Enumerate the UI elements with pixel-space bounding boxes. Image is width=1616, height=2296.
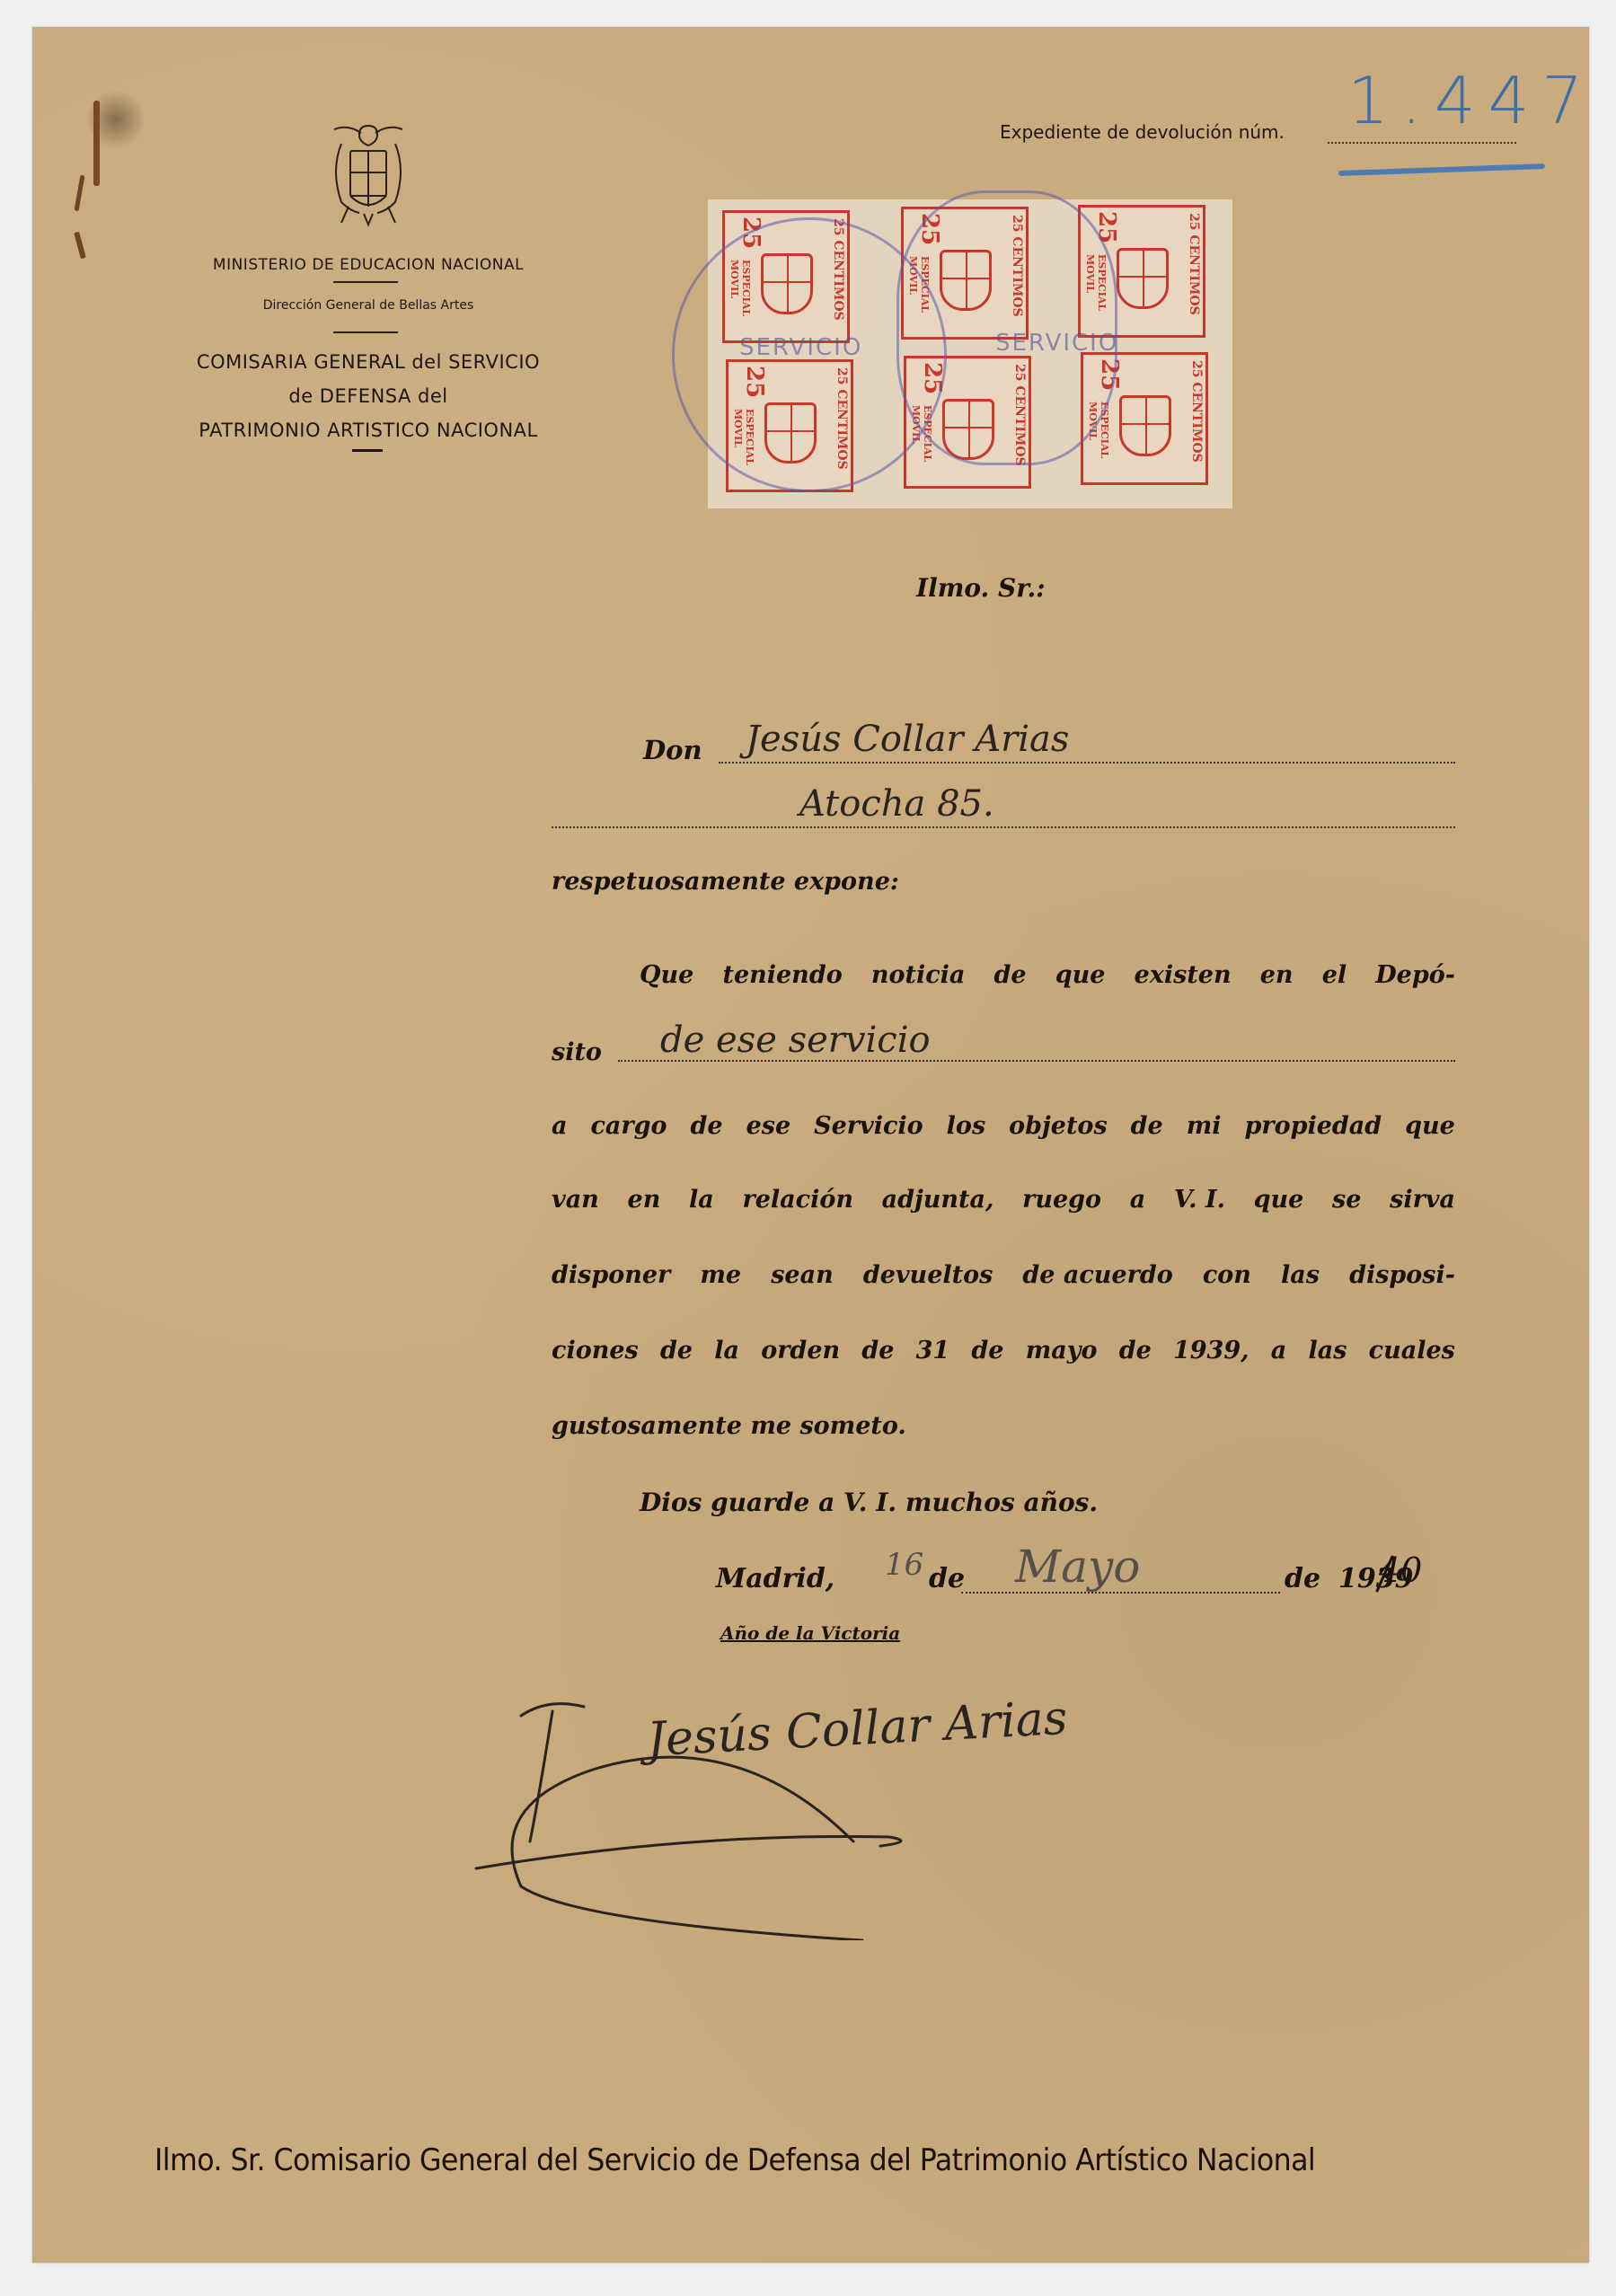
word: disposi- — [1349, 1261, 1455, 1289]
word: ruego — [1022, 1186, 1101, 1214]
paragraph-line: ciones de la orden de 31 de mayo de 1939… — [552, 1337, 1455, 1364]
expediente-field-line — [1328, 142, 1516, 144]
word: Que — [640, 961, 693, 989]
word: con — [1203, 1261, 1251, 1289]
word: 31 — [916, 1337, 950, 1364]
intro-text: respetuosamente expone: — [552, 868, 899, 896]
word: de acuerdo — [1022, 1261, 1172, 1289]
expediente-label: Expediente de devolución núm. — [1000, 121, 1285, 143]
word: devueltos — [863, 1261, 993, 1289]
word: cuales — [1369, 1337, 1455, 1364]
word: el — [1322, 961, 1347, 989]
paragraph-line: a cargo de ese Servicio los objetos de m… — [552, 1112, 1455, 1140]
word: ciones — [552, 1337, 639, 1364]
word: teniendo — [722, 961, 842, 989]
paragraph-line: gustosamente me someto. — [552, 1412, 906, 1440]
word: de — [1131, 1112, 1163, 1140]
word: sirva — [1390, 1186, 1455, 1214]
closing-formula: Dios guarde a V. I. muchos años. — [640, 1488, 1098, 1517]
coat-of-arms-icon — [323, 117, 413, 229]
word: a — [1130, 1186, 1146, 1214]
word: que — [1055, 961, 1106, 989]
comisaria-title: COMISARIA GENERAL del SERVICIO de DEFENS… — [162, 345, 575, 447]
word: que — [1405, 1112, 1455, 1140]
word: V. I. — [1174, 1186, 1225, 1214]
cancellation-text: SERVICIO — [739, 334, 862, 361]
date-de-label: de — [929, 1563, 965, 1594]
word: noticia — [871, 961, 966, 989]
word: 1939, — [1173, 1337, 1250, 1364]
word: propiedad — [1245, 1112, 1382, 1140]
word: existen — [1135, 961, 1232, 989]
date-day-handwritten: 16 — [885, 1547, 923, 1583]
word: de — [994, 961, 1027, 989]
word: de — [691, 1112, 723, 1140]
revenue-stamps-block: 25 25 CENTIMOS ESPECIAL MOVIL 25 25 CENT… — [708, 199, 1232, 508]
word: se — [1332, 1186, 1361, 1214]
divider — [352, 449, 383, 452]
comisaria-line: de DEFENSA del — [162, 379, 575, 413]
divider — [333, 281, 398, 283]
word: mi — [1187, 1112, 1222, 1140]
word: las — [1281, 1261, 1320, 1289]
word: orden — [761, 1337, 840, 1364]
word: de — [861, 1337, 894, 1364]
footer-addressee: Ilmo. Sr. Comisario General del Servicio… — [155, 2142, 1315, 2178]
cancellation-text: SERVICIO — [995, 330, 1118, 357]
shield-icon — [1119, 395, 1171, 456]
word: de — [660, 1337, 693, 1364]
salutation: Ilmo. Sr.: — [916, 573, 1046, 603]
word: relación — [742, 1186, 853, 1214]
word: de — [971, 1337, 1003, 1364]
word: en — [1260, 961, 1294, 989]
shield-icon — [1117, 248, 1169, 309]
word: en — [628, 1186, 661, 1214]
address-field-line — [552, 826, 1455, 828]
word: sean — [771, 1261, 834, 1289]
word: mayo — [1026, 1337, 1098, 1364]
word: las — [1308, 1337, 1347, 1364]
divider — [333, 331, 398, 333]
date-city: Madrid, — [716, 1563, 834, 1594]
word: la — [714, 1337, 739, 1364]
date-month-handwritten: Mayo — [1015, 1541, 1140, 1593]
word: a — [552, 1112, 568, 1140]
word: la — [689, 1186, 714, 1214]
staple-rust-mark — [93, 101, 100, 186]
paragraph-line: van en la relación adjunta, ruego a V. I… — [552, 1186, 1455, 1214]
comisaria-line: PATRIMONIO ARTISTICO NACIONAL — [162, 413, 575, 447]
word: van — [552, 1186, 599, 1214]
cancellation-postmark — [896, 190, 1117, 465]
stamp-side-text: 25 CENTIMOS — [1187, 213, 1201, 315]
deposito-handwritten: de ese servicio — [660, 1020, 931, 1061]
applicant-address-handwritten: Atocha 85. — [799, 783, 994, 825]
paragraph-line: disponer me sean devueltos de acuerdo co… — [552, 1261, 1455, 1289]
direccion-subtitle: Dirección General de Bellas Artes — [162, 298, 575, 313]
word: Depó- — [1375, 961, 1455, 989]
word: de — [1119, 1337, 1152, 1364]
word: me — [700, 1261, 741, 1289]
word: los — [947, 1112, 985, 1140]
word: cargo — [590, 1112, 667, 1140]
applicant-name-handwritten: Jesús Collar Arias — [746, 719, 1069, 760]
name-field-line — [719, 762, 1455, 764]
deposito-label: sito — [552, 1038, 602, 1066]
word: objetos — [1009, 1112, 1108, 1140]
word: Servicio — [814, 1112, 923, 1140]
word: disponer — [552, 1261, 670, 1289]
word: que — [1254, 1186, 1304, 1214]
comisaria-line: COMISARIA GENERAL del SERVICIO — [162, 345, 575, 379]
word: a — [1271, 1337, 1287, 1364]
ministry-title: MINISTERIO DE EDUCACION NACIONAL — [162, 256, 575, 274]
word: ese — [746, 1112, 791, 1140]
word: adjunta, — [882, 1186, 994, 1214]
don-label: Don — [643, 735, 702, 765]
stamp-side-text: 25 CENTIMOS — [1189, 360, 1204, 463]
year-motto: Año de la Victoria — [720, 1622, 900, 1644]
paragraph-line: Que teniendo noticia de que existen en e… — [640, 961, 1455, 989]
date-year-correction-handwritten: 40 — [1379, 1550, 1422, 1590]
expediente-number: 1.447 — [1347, 63, 1595, 138]
date-de-label: de — [1285, 1563, 1320, 1594]
